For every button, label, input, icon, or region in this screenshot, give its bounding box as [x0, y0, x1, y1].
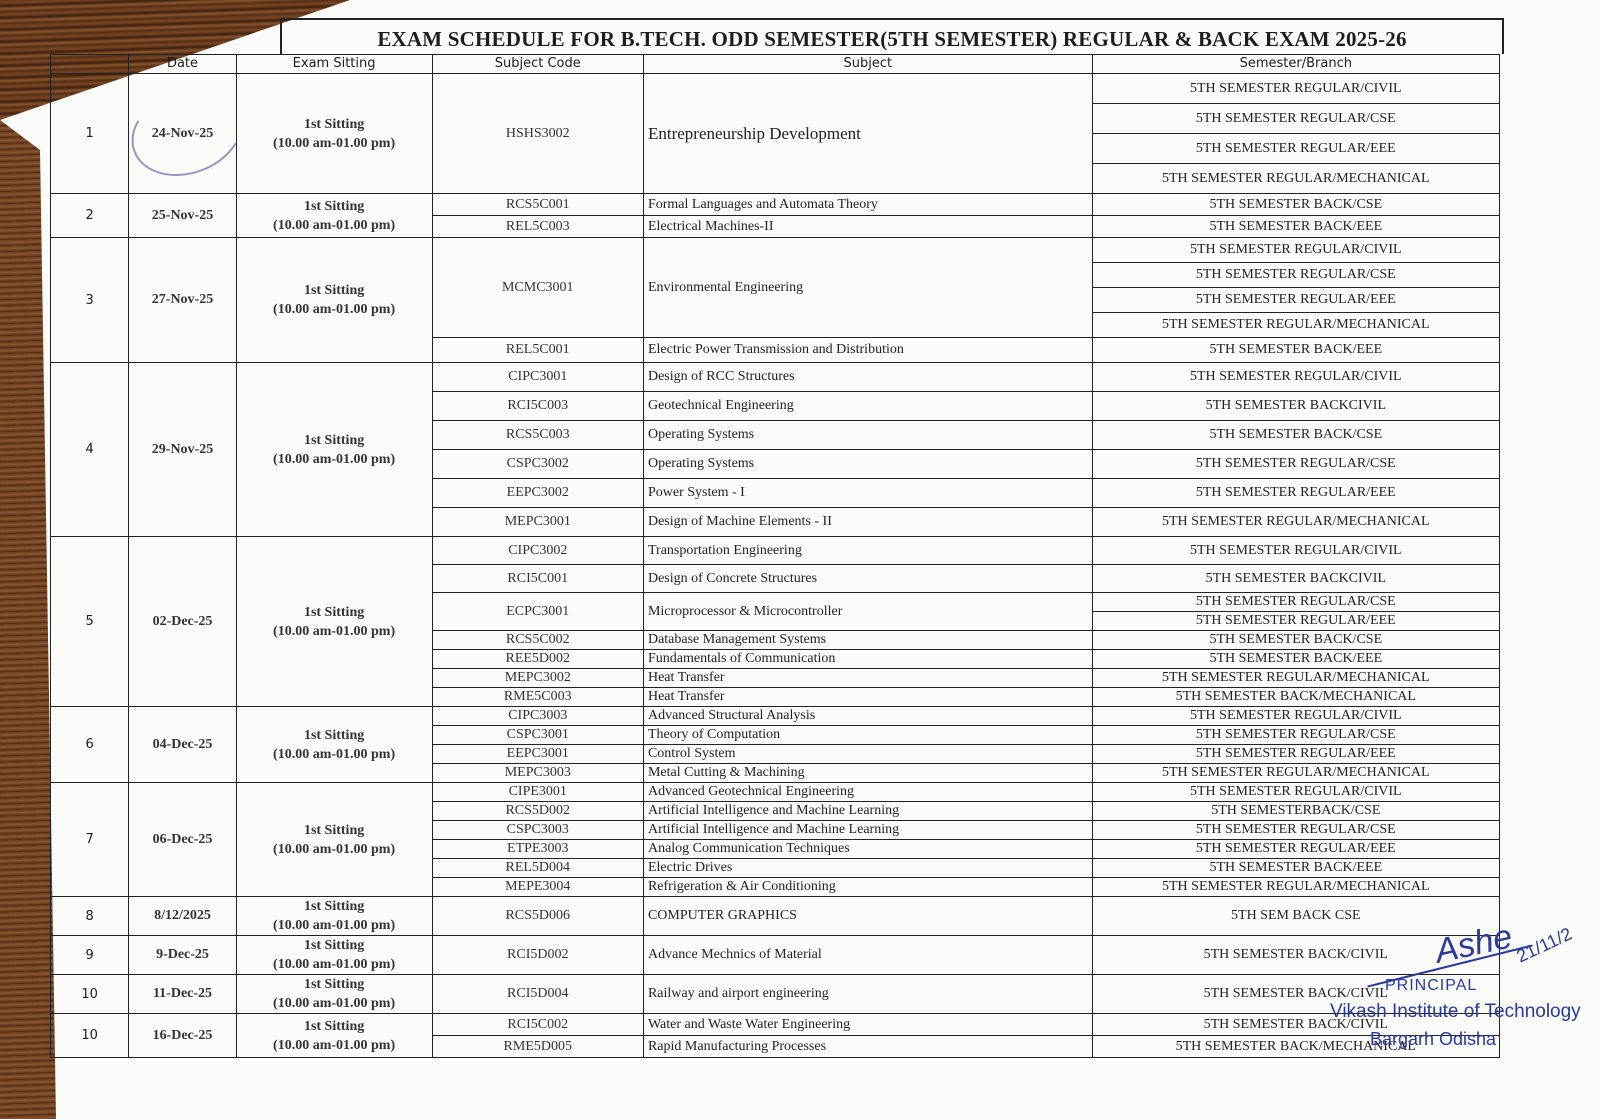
subject-code: MCMC3001	[432, 238, 643, 338]
subject-name: Electric Drives	[643, 859, 1092, 878]
semester-branch: 5TH SEMESTER REGULAR/CSE	[1092, 726, 1499, 745]
table-row: 327-Nov-251st Sitting(10.00 am-01.00 pm)…	[51, 238, 1500, 263]
subject-code: RCI5C002	[432, 1014, 643, 1036]
table-row: 225-Nov-251st Sitting(10.00 am-01.00 pm)…	[51, 194, 1500, 216]
subject-name: Electrical Machines-II	[643, 216, 1092, 238]
exam-date: 11-Dec-25	[129, 975, 236, 1014]
principal-signature: Ashe 21/11/2 PRINCIPAL Vikash Institute …	[1365, 915, 1595, 1075]
signature-mark: Ashe	[1432, 917, 1516, 971]
sitting-time: (10.00 am-01.00 pm)	[241, 216, 428, 235]
semester-branch: 5TH SEMESTER REGULAR/EEE	[1092, 612, 1499, 631]
table-row: 502-Dec-251st Sitting(10.00 am-01.00 pm)…	[51, 537, 1500, 565]
subject-code: MEPE3004	[432, 878, 643, 897]
semester-branch: 5TH SEMESTER REGULAR/MECHANICAL	[1092, 313, 1499, 338]
document-title: EXAM SCHEDULE FOR B.TECH. ODD SEMESTER(5…	[280, 18, 1504, 54]
subject-code: CIPE3001	[432, 783, 643, 802]
table-row: 706-Dec-251st Sitting(10.00 am-01.00 pm)…	[51, 783, 1500, 802]
semester-branch: 5TH SEMESTER BACKCIVIL	[1092, 565, 1499, 593]
exam-date: 06-Dec-25	[129, 783, 236, 897]
subject-code: RCI5D004	[432, 975, 643, 1014]
semester-branch: 5TH SEMESTER REGULAR/CSE	[1092, 593, 1499, 612]
subject-code: RCS5C001	[432, 194, 643, 216]
subject-name: Heat Transfer	[643, 688, 1092, 707]
table-row: 99-Dec-251st Sitting(10.00 am-01.00 pm)R…	[51, 936, 1500, 975]
semester-branch: 5TH SEMESTER REGULAR/CSE	[1092, 263, 1499, 288]
sitting-label: 1st Sitting	[241, 431, 428, 450]
table-row: 1016-Dec-251st Sitting(10.00 am-01.00 pm…	[51, 1014, 1500, 1036]
exam-sitting: 1st Sitting(10.00 am-01.00 pm)	[236, 897, 432, 936]
serial-number: 4	[51, 363, 129, 537]
signature-designation: PRINCIPAL	[1385, 977, 1477, 995]
semester-branch: 5TH SEMESTER BACK/CSE	[1092, 421, 1499, 450]
sitting-time: (10.00 am-01.00 pm)	[241, 134, 428, 153]
subject-name: Railway and airport engineering	[643, 975, 1092, 1014]
subject-name: Artificial Intelligence and Machine Lear…	[643, 802, 1092, 821]
subject-name: Fundamentals of Communication	[643, 650, 1092, 669]
subject-name: Design of RCC Structures	[643, 363, 1092, 392]
semester-branch: 5TH SEMESTER REGULAR/CIVIL	[1092, 707, 1499, 726]
exam-date: 04-Dec-25	[129, 707, 236, 783]
subject-name: COMPUTER GRAPHICS	[643, 897, 1092, 936]
semester-branch: 5TH SEMESTER BACK/CSE	[1092, 631, 1499, 650]
schedule-table: Date Exam Sitting Subject Code Subject S…	[50, 54, 1500, 1058]
exam-sitting: 1st Sitting(10.00 am-01.00 pm)	[236, 194, 432, 238]
exam-sitting: 1st Sitting(10.00 am-01.00 pm)	[236, 363, 432, 537]
semester-branch: 5TH SEMESTER REGULAR/MECHANICAL	[1092, 878, 1499, 897]
sitting-time: (10.00 am-01.00 pm)	[241, 300, 428, 319]
subject-name: Advance Mechnics of Material	[643, 936, 1092, 975]
subject-name: Design of Machine Elements - II	[643, 508, 1092, 537]
subject-name: Rapid Manufacturing Processes	[643, 1036, 1092, 1058]
serial-number: 2	[51, 194, 129, 238]
exam-sitting: 1st Sitting(10.00 am-01.00 pm)	[236, 238, 432, 363]
exam-date: 29-Nov-25	[129, 363, 236, 537]
sitting-time: (10.00 am-01.00 pm)	[241, 994, 428, 1013]
serial-number: 10	[51, 1014, 129, 1058]
header-sitting: Exam Sitting	[236, 55, 432, 74]
exam-sitting: 1st Sitting(10.00 am-01.00 pm)	[236, 936, 432, 975]
subject-name: Artificial Intelligence and Machine Lear…	[643, 821, 1092, 840]
sitting-label: 1st Sitting	[241, 936, 428, 955]
sitting-label: 1st Sitting	[241, 197, 428, 216]
subject-name: Control System	[643, 745, 1092, 764]
serial-number: 8	[51, 897, 129, 936]
subject-code: CSPC3003	[432, 821, 643, 840]
semester-branch: 5TH SEMESTER REGULAR/CSE	[1092, 104, 1499, 134]
subject-name: Water and Waste Water Engineering	[643, 1014, 1092, 1036]
table-row: 124-Nov-251st Sitting(10.00 am-01.00 pm)…	[51, 74, 1500, 104]
subject-code: EEPC3002	[432, 479, 643, 508]
subject-name: Power System - I	[643, 479, 1092, 508]
header-semester: Semester/Branch	[1092, 55, 1499, 74]
subject-code: CIPC3001	[432, 363, 643, 392]
exam-date: 25-Nov-25	[129, 194, 236, 238]
semester-branch: 5TH SEMESTER REGULAR/EEE	[1092, 134, 1499, 164]
sitting-time: (10.00 am-01.00 pm)	[241, 916, 428, 935]
semester-branch: 5TH SEMESTER REGULAR/CIVIL	[1092, 783, 1499, 802]
subject-code: CIPC3003	[432, 707, 643, 726]
semester-branch: 5TH SEMESTER BACK/EEE	[1092, 216, 1499, 238]
serial-number: 1	[51, 74, 129, 194]
subject-code: RME5C003	[432, 688, 643, 707]
table-row: 88/12/20251st Sitting(10.00 am-01.00 pm)…	[51, 897, 1500, 936]
subject-name: Advanced Geotechnical Engineering	[643, 783, 1092, 802]
semester-branch: 5TH SEMESTER REGULAR/CIVIL	[1092, 537, 1499, 565]
serial-number: 5	[51, 537, 129, 707]
subject-code: RCS5D002	[432, 802, 643, 821]
serial-number: 10	[51, 975, 129, 1014]
subject-name: Environmental Engineering	[643, 238, 1092, 338]
subject-code: REL5D004	[432, 859, 643, 878]
subject-name: Advanced Structural Analysis	[643, 707, 1092, 726]
subject-name: Microprocessor & Microcontroller	[643, 593, 1092, 631]
serial-number: 9	[51, 936, 129, 975]
subject-name: Electric Power Transmission and Distribu…	[643, 338, 1092, 363]
serial-number: 7	[51, 783, 129, 897]
signature-institute: Vikash Institute of Technology	[1330, 1001, 1581, 1023]
sitting-time: (10.00 am-01.00 pm)	[241, 955, 428, 974]
semester-branch: 5TH SEMESTER REGULAR/CIVIL	[1092, 363, 1499, 392]
subject-code: RCI5C001	[432, 565, 643, 593]
subject-code: CIPC3002	[432, 537, 643, 565]
exam-date: 9-Dec-25	[129, 936, 236, 975]
subject-name: Transportation Engineering	[643, 537, 1092, 565]
subject-name: Theory of Computation	[643, 726, 1092, 745]
semester-branch: 5TH SEMESTER REGULAR/MECHANICAL	[1092, 508, 1499, 537]
sitting-time: (10.00 am-01.00 pm)	[241, 745, 428, 764]
subject-name: Design of Concrete Structures	[643, 565, 1092, 593]
semester-branch: 5TH SEMESTER REGULAR/EEE	[1092, 745, 1499, 764]
semester-branch: 5TH SEMESTER REGULAR/CIVIL	[1092, 74, 1499, 104]
exam-sitting: 1st Sitting(10.00 am-01.00 pm)	[236, 1014, 432, 1058]
subject-name: Formal Languages and Automata Theory	[643, 194, 1092, 216]
sitting-time: (10.00 am-01.00 pm)	[241, 450, 428, 469]
signature-location: Bargarh Odisha	[1370, 1029, 1496, 1050]
table-row: 1011-Dec-251st Sitting(10.00 am-01.00 pm…	[51, 975, 1500, 1014]
header-subject: Subject	[643, 55, 1092, 74]
header-row: Date Exam Sitting Subject Code Subject S…	[51, 55, 1500, 74]
exam-sitting: 1st Sitting(10.00 am-01.00 pm)	[236, 707, 432, 783]
table-row: 604-Dec-251st Sitting(10.00 am-01.00 pm)…	[51, 707, 1500, 726]
subject-code: HSHS3002	[432, 74, 643, 194]
subject-code: ETPE3003	[432, 840, 643, 859]
serial-number: 6	[51, 707, 129, 783]
semester-branch: 5TH SEMESTER REGULAR/MECHANICAL	[1092, 164, 1499, 194]
subject-code: REL5C001	[432, 338, 643, 363]
subject-code: RCS5D006	[432, 897, 643, 936]
subject-name: Heat Transfer	[643, 669, 1092, 688]
subject-code: MEPC3003	[432, 764, 643, 783]
sitting-label: 1st Sitting	[241, 603, 428, 622]
subject-code: RME5D005	[432, 1036, 643, 1058]
semester-branch: 5TH SEMESTER REGULAR/CSE	[1092, 821, 1499, 840]
sitting-label: 1st Sitting	[241, 281, 428, 300]
exam-date: 8/12/2025	[129, 897, 236, 936]
subject-name: Geotechnical Engineering	[643, 392, 1092, 421]
sitting-time: (10.00 am-01.00 pm)	[241, 1036, 428, 1055]
subject-code: RCS5C003	[432, 421, 643, 450]
header-sl	[51, 55, 129, 74]
subject-code: RCI5C003	[432, 392, 643, 421]
subject-code: EEPC3001	[432, 745, 643, 764]
subject-name: Metal Cutting & Machining	[643, 764, 1092, 783]
semester-branch: 5TH SEMESTER REGULAR/MECHANICAL	[1092, 764, 1499, 783]
exam-date: 27-Nov-25	[129, 238, 236, 363]
subject-code: REL5C003	[432, 216, 643, 238]
semester-branch: 5TH SEMESTER BACK/EEE	[1092, 338, 1499, 363]
semester-branch: 5TH SEMESTER REGULAR/EEE	[1092, 288, 1499, 313]
subject-name: Analog Communication Techniques	[643, 840, 1092, 859]
semester-branch: 5TH SEMESTER BACK/EEE	[1092, 650, 1499, 669]
sitting-label: 1st Sitting	[241, 897, 428, 916]
sitting-time: (10.00 am-01.00 pm)	[241, 622, 428, 641]
exam-schedule-document: EXAM SCHEDULE FOR B.TECH. ODD SEMESTER(5…	[40, 18, 1500, 1098]
exam-sitting: 1st Sitting(10.00 am-01.00 pm)	[236, 975, 432, 1014]
exam-date: 02-Dec-25	[129, 537, 236, 707]
header-code: Subject Code	[432, 55, 643, 74]
semester-branch: 5TH SEMESTER REGULAR/EEE	[1092, 479, 1499, 508]
semester-branch: 5TH SEMESTER BACK/EEE	[1092, 859, 1499, 878]
semester-branch: 5TH SEMESTER BACKCIVIL	[1092, 392, 1499, 421]
sitting-label: 1st Sitting	[241, 115, 428, 134]
semester-branch: 5TH SEMESTER REGULAR/EEE	[1092, 840, 1499, 859]
sitting-label: 1st Sitting	[241, 1017, 428, 1036]
exam-date: 16-Dec-25	[129, 1014, 236, 1058]
exam-sitting: 1st Sitting(10.00 am-01.00 pm)	[236, 537, 432, 707]
subject-name: Refrigeration & Air Conditioning	[643, 878, 1092, 897]
semester-branch: 5TH SEMESTER BACK/MECHANICAL	[1092, 688, 1499, 707]
sitting-label: 1st Sitting	[241, 821, 428, 840]
serial-number: 3	[51, 238, 129, 363]
signature-date: 21/11/2	[1513, 924, 1575, 968]
subject-name: Database Management Systems	[643, 631, 1092, 650]
subject-code: REE5D002	[432, 650, 643, 669]
semester-branch: 5TH SEMESTER REGULAR/CIVIL	[1092, 238, 1499, 263]
semester-branch: 5TH SEMESTER BACK/CSE	[1092, 194, 1499, 216]
sitting-time: (10.00 am-01.00 pm)	[241, 840, 428, 859]
subject-code: CSPC3002	[432, 450, 643, 479]
subject-code: CSPC3001	[432, 726, 643, 745]
semester-branch: 5TH SEMESTER REGULAR/CSE	[1092, 450, 1499, 479]
table-row: 429-Nov-251st Sitting(10.00 am-01.00 pm)…	[51, 363, 1500, 392]
semester-branch: 5TH SEMESTERBACK/CSE	[1092, 802, 1499, 821]
subject-name: Operating Systems	[643, 450, 1092, 479]
semester-branch: 5TH SEMESTER REGULAR/MECHANICAL	[1092, 669, 1499, 688]
sitting-label: 1st Sitting	[241, 975, 428, 994]
header-date: Date	[129, 55, 236, 74]
exam-sitting: 1st Sitting(10.00 am-01.00 pm)	[236, 783, 432, 897]
subject-code: ECPC3001	[432, 593, 643, 631]
exam-sitting: 1st Sitting(10.00 am-01.00 pm)	[236, 74, 432, 194]
subject-name: Operating Systems	[643, 421, 1092, 450]
subject-code: MEPC3002	[432, 669, 643, 688]
subject-name: Entrepreneurship Development	[643, 74, 1092, 194]
subject-code: RCS5C002	[432, 631, 643, 650]
subject-code: RCI5D002	[432, 936, 643, 975]
schedule-body: 124-Nov-251st Sitting(10.00 am-01.00 pm)…	[51, 74, 1500, 1058]
sitting-label: 1st Sitting	[241, 726, 428, 745]
subject-code: MEPC3001	[432, 508, 643, 537]
